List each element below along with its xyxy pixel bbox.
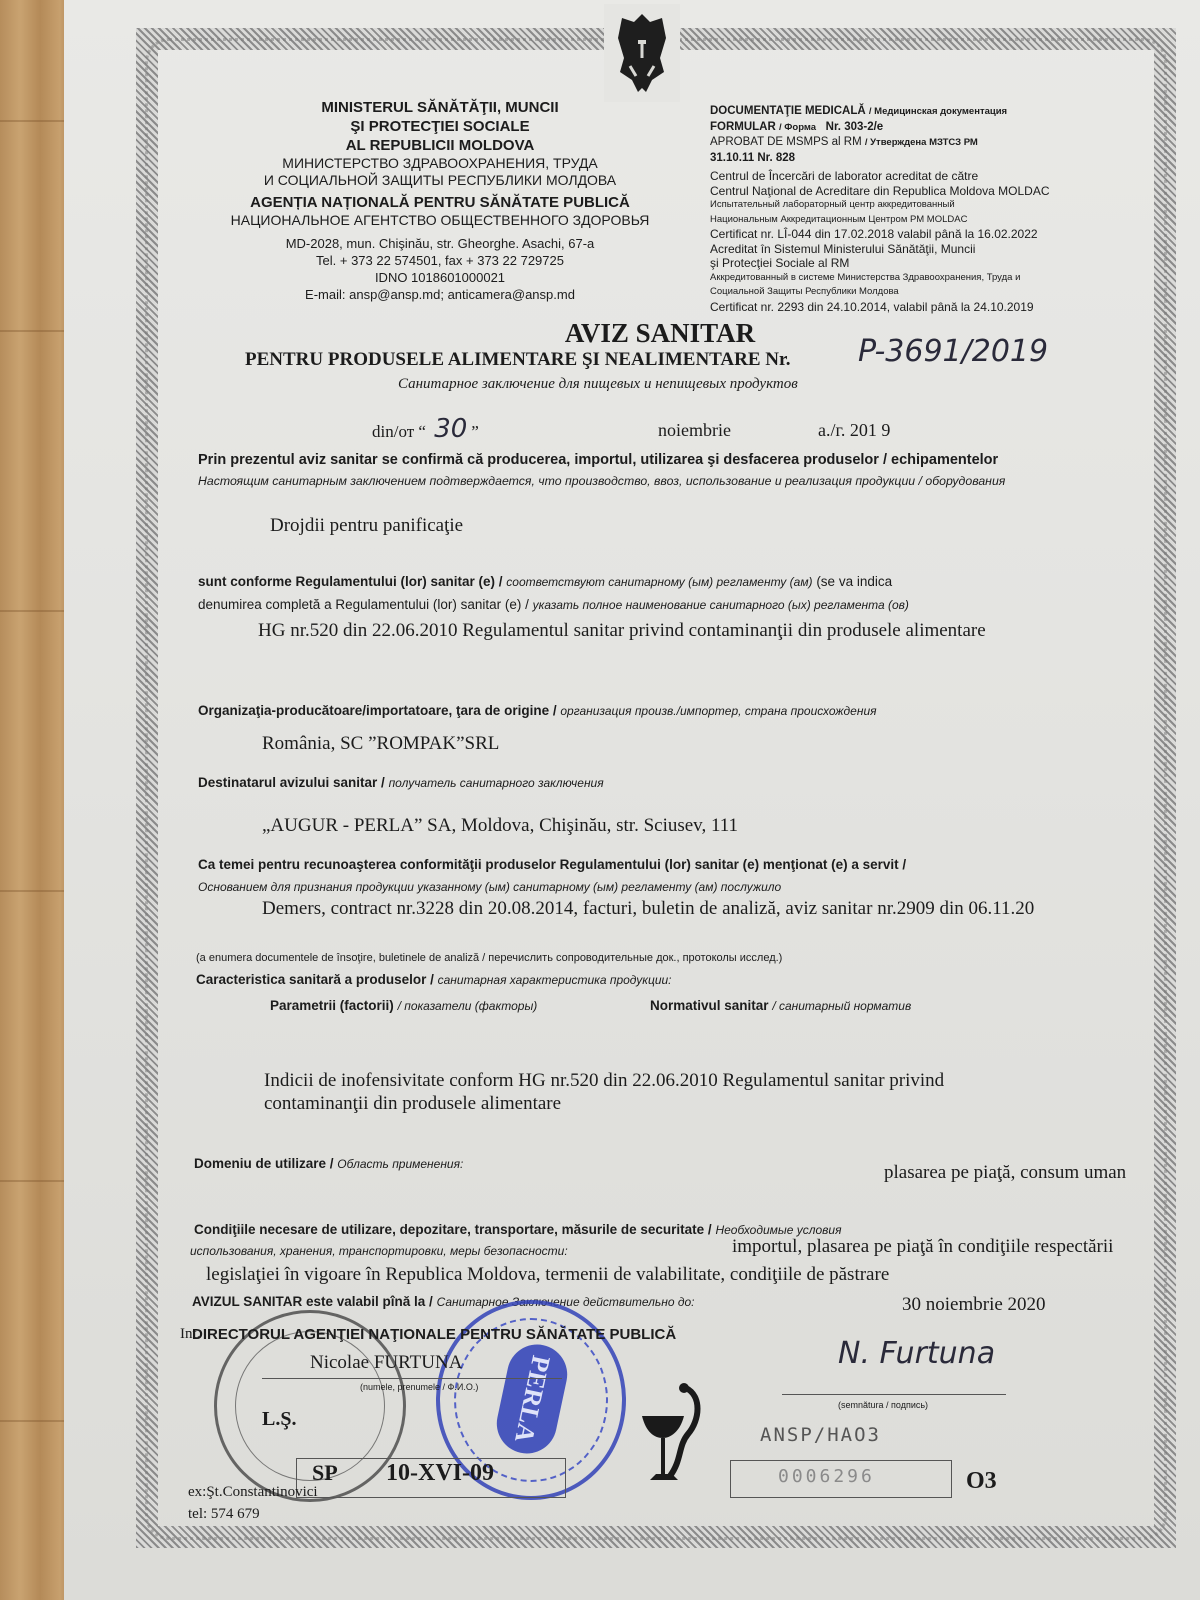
name-underline — [262, 1378, 562, 1379]
organization-label: Organizaţia-producătoare/importatoare, ţ… — [198, 703, 877, 718]
doc-medical-ro: DOCUMENTAŢIE MEDICALĂ — [710, 105, 866, 117]
ministry-ru-line: МИНИСТЕРСТВО ЗДРАВООХРАНЕНИЯ, ТРУДА — [200, 155, 680, 172]
domain-label: Domeniu de utilizare / Область применени… — [194, 1156, 463, 1171]
series-number: 10-XVI-09 — [386, 1460, 494, 1487]
ministry-ru-line: И СОЦИАЛЬНОЙ ЗАЩИТЫ РЕСПУБЛИКИ МОЛДОВА — [200, 172, 680, 189]
approved-by-ru: / Утверждена МЗТСЗ РМ — [865, 137, 978, 148]
name-caption: (numele, prenumele / Ф.И.О.) — [360, 1382, 478, 1392]
formular-ro: FORMULAR — [710, 121, 776, 133]
signature-caption: (semnătura / подпись) — [838, 1400, 928, 1410]
signature-line — [782, 1394, 1006, 1395]
series-prefix: SP — [312, 1460, 338, 1486]
organization-label-ru: организация произв./импортер, страна про… — [560, 704, 876, 718]
accredited-line-ru: Аккредитованный в системе Министерства З… — [710, 271, 1050, 286]
date-label: din/от “ — [372, 422, 426, 441]
ministry-ro-line: MINISTERUL SĂNĂTĂŢII, MUNCII — [200, 98, 680, 117]
basis-label-ru: Основанием для признания продукции указа… — [198, 880, 781, 894]
approved-by-ro: APROBAT DE MSMPS al RM — [710, 136, 862, 148]
regulation-line2-ro: denumirea completă a Regulamentului (lor… — [198, 597, 529, 612]
document-subtitle: PENTRU PRODUSELE ALIMENTARE ŞI NEALIMENT… — [245, 349, 790, 371]
conditions-label-ru-1: Необходимые условия — [715, 1223, 841, 1237]
ministry-ro-line: ŞI PROTECŢIEI SOCIALE — [200, 117, 680, 136]
document-number-handwritten: P-3691/2019 — [858, 334, 1048, 369]
normative-column-header: Normativul sanitar / санитарный норматив — [650, 998, 911, 1013]
moldova-coat-of-arms-icon — [604, 4, 680, 102]
recipient-label: Destinatarul avizului sanitar / получате… — [198, 775, 604, 790]
domain-label-ro: Domeniu de utilizare / — [194, 1156, 334, 1171]
organization-label-ro: Organizaţia-producătoare/importatoare, ţ… — [198, 703, 557, 718]
confirmation-ru: Настоящим санитарным заключением подтвер… — [198, 474, 1005, 488]
validity-label: AVIZUL SANITAR este valabil pînă la / Са… — [192, 1294, 694, 1309]
issuer-header: MINISTERUL SĂNĂTĂŢII, MUNCII ŞI PROTECŢI… — [200, 98, 680, 303]
bowl-of-hygieia-icon — [640, 1380, 706, 1495]
characteristics-label-ro: Caracteristica sanitară a produselor / — [196, 972, 434, 987]
basis-label-ro: Ca temei pentru recunoaşterea conformită… — [198, 857, 906, 872]
form-metadata: DOCUMENTAŢIE MEDICALĂ / Медицинская доку… — [710, 104, 1050, 314]
regulation-label-ro: sunt conforme Regulamentului (lor) sanit… — [198, 574, 503, 589]
basis-note: (a enumera documentele de însoţire, bule… — [196, 952, 782, 964]
accredited-line-ru: Социальной Защиты Республики Молдова — [710, 285, 1050, 300]
conditions-label-ro: Condiţiile necesare de utilizare, depozi… — [194, 1222, 712, 1237]
agency-phone: Tel. + 373 22 574501, fax + 373 22 72972… — [200, 252, 680, 269]
signatory-name: Nicolae FURTUNA — [310, 1352, 462, 1374]
characteristics-value-line: Indicii de inofensivitate conform HG nr.… — [264, 1070, 944, 1092]
recipient-label-ru: получатель санитарного заключения — [389, 776, 604, 790]
organization-value: România, SC ”ROMPAK”SRL — [262, 733, 499, 755]
agency-ru: НАЦИОНАЛЬНОЕ АГЕНТСТВО ОБЩЕСТВЕННОГО ЗДО… — [200, 212, 680, 229]
date-year: a./г. 201 9 — [818, 420, 890, 441]
parameters-label-ro: Parametrii (factorii) — [270, 998, 394, 1013]
signature: N. Furtuna — [838, 1336, 995, 1371]
conditions-value-line: importul, plasarea pe piaţă în condiţiil… — [732, 1236, 1113, 1258]
confirmation-ro: Prin prezentul aviz sanitar se confirmă … — [198, 452, 998, 468]
conditions-label: Condiţiile necesare de utilizare, depozi… — [194, 1222, 842, 1237]
regulation-value: HG nr.520 din 22.06.2010 Regulamentul sa… — [258, 620, 986, 642]
serial-code: ANSP/HAO3 — [760, 1424, 881, 1446]
perla-logo: PERLA — [491, 1339, 573, 1459]
date-quote-close: ” — [471, 422, 479, 441]
executor-name: ex:Şt.Constantinovici — [188, 1484, 318, 1501]
conditions-value-line: legislaţiei în vigoare în Republica Mold… — [206, 1264, 889, 1286]
regulation-label-line2: denumirea completă a Regulamentului (lor… — [198, 597, 909, 612]
ministry-ro-line: AL REPUBLICII MOLDOVA — [200, 136, 680, 155]
date-row: din/от “ 30” — [372, 414, 479, 444]
agency-ro: AGENȚIA NAȚIONALĂ PENTRU SĂNĂTATE PUBLIC… — [200, 193, 680, 212]
serial-number: 0006296 — [778, 1466, 875, 1487]
lab-certificate: Certificat nr. LÎ-044 din 17.02.2018 val… — [710, 227, 1050, 242]
regulation-line2-ru: указать полное наименование санитарного … — [533, 598, 909, 612]
approved-date: 31.10.11 Nr. 828 — [710, 151, 1050, 166]
characteristics-label: Caracteristica sanitară a produselor / с… — [196, 972, 672, 987]
date-year-label: a./г. 201 — [818, 420, 877, 440]
normative-label-ro: Normativul sanitar — [650, 998, 769, 1013]
regulation-label-ru: соответствуют санитарному (ым) регламент… — [506, 575, 812, 589]
characteristics-value-line: contaminanţii din produsele alimentare — [264, 1093, 561, 1115]
doc-medical-ru: / Медицинская документация — [869, 106, 1007, 117]
accredited-line: Acreditat în Sistemul Ministerului Sănăt… — [710, 242, 1050, 257]
recipient-value: „AUGUR - PERLA” SA, Moldova, Chişinău, s… — [262, 815, 738, 837]
basis-value: Demers, contract nr.3228 din 20.08.2014,… — [262, 898, 1034, 920]
date-day-handwritten: 30 — [430, 414, 471, 444]
domain-label-ru: Область применения: — [337, 1157, 463, 1171]
regulation-label: sunt conforme Regulamentului (lor) sanit… — [198, 574, 892, 589]
characteristics-label-ru: санитарная характеристика продукции: — [438, 973, 672, 987]
formular-ru: / Форма — [779, 122, 816, 133]
parameters-label-ru: / показатели (факторы) — [398, 999, 538, 1013]
domain-value: plasarea pe piaţă, consum uman — [884, 1162, 1126, 1184]
ls-mark: L.Ş. — [262, 1408, 296, 1431]
date-month: noiembrie — [658, 420, 731, 441]
executor-phone: tel: 574 679 — [188, 1506, 260, 1523]
parameters-column-header: Parametrii (factorii) / показатели (факт… — [270, 998, 537, 1013]
agency-email: E-mail: ansp@ansp.md; anticamera@ansp.md — [200, 286, 680, 303]
agency-idno: IDNO 1018601000021 — [200, 269, 680, 286]
regulation-label-tail: (se va indica — [816, 574, 892, 589]
lab-line-ru: Испытательный лабораторный центр аккреди… — [710, 198, 1050, 213]
validity-value: 30 noiembrie 2020 — [902, 1294, 1046, 1316]
lab-line: Centrul de Încercări de laborator acredi… — [710, 169, 1050, 184]
document-title-ru: Санитарное заключение для пищевых и непи… — [398, 376, 798, 393]
formular-number: Nr. 303-2/e — [826, 121, 884, 133]
accreditation-certificate: Certificat nr. 2293 din 24.10.2014, vala… — [710, 300, 1050, 315]
validity-label-ro: AVIZUL SANITAR este valabil pînă la / — [192, 1294, 433, 1309]
agency-address: MD-2028, mun. Chişinău, str. Gheorghe. A… — [200, 235, 680, 252]
accredited-line: şi Protecţiei Sociale al RM — [710, 256, 1050, 271]
product-name: Drojdii pentru panificaţie — [270, 515, 463, 537]
date-year-digit: 9 — [881, 420, 890, 440]
lab-line-ru: Национальным Аккредитационным Центром РМ… — [710, 213, 1050, 228]
signatory-title: DIRECTORUL AGENŢIEI NAŢIONALE PENTRU SĂN… — [192, 1326, 676, 1343]
recipient-label-ro: Destinatarul avizului sanitar / — [198, 775, 385, 790]
normative-label-ru: / санитарный норматив — [772, 999, 911, 1013]
conditions-label-ru-2: использования, хранения, транспортировки… — [190, 1244, 568, 1258]
serial-suffix: O3 — [966, 1468, 997, 1495]
lab-line: Centrul Naţional de Acreditare din Repub… — [710, 184, 1050, 199]
